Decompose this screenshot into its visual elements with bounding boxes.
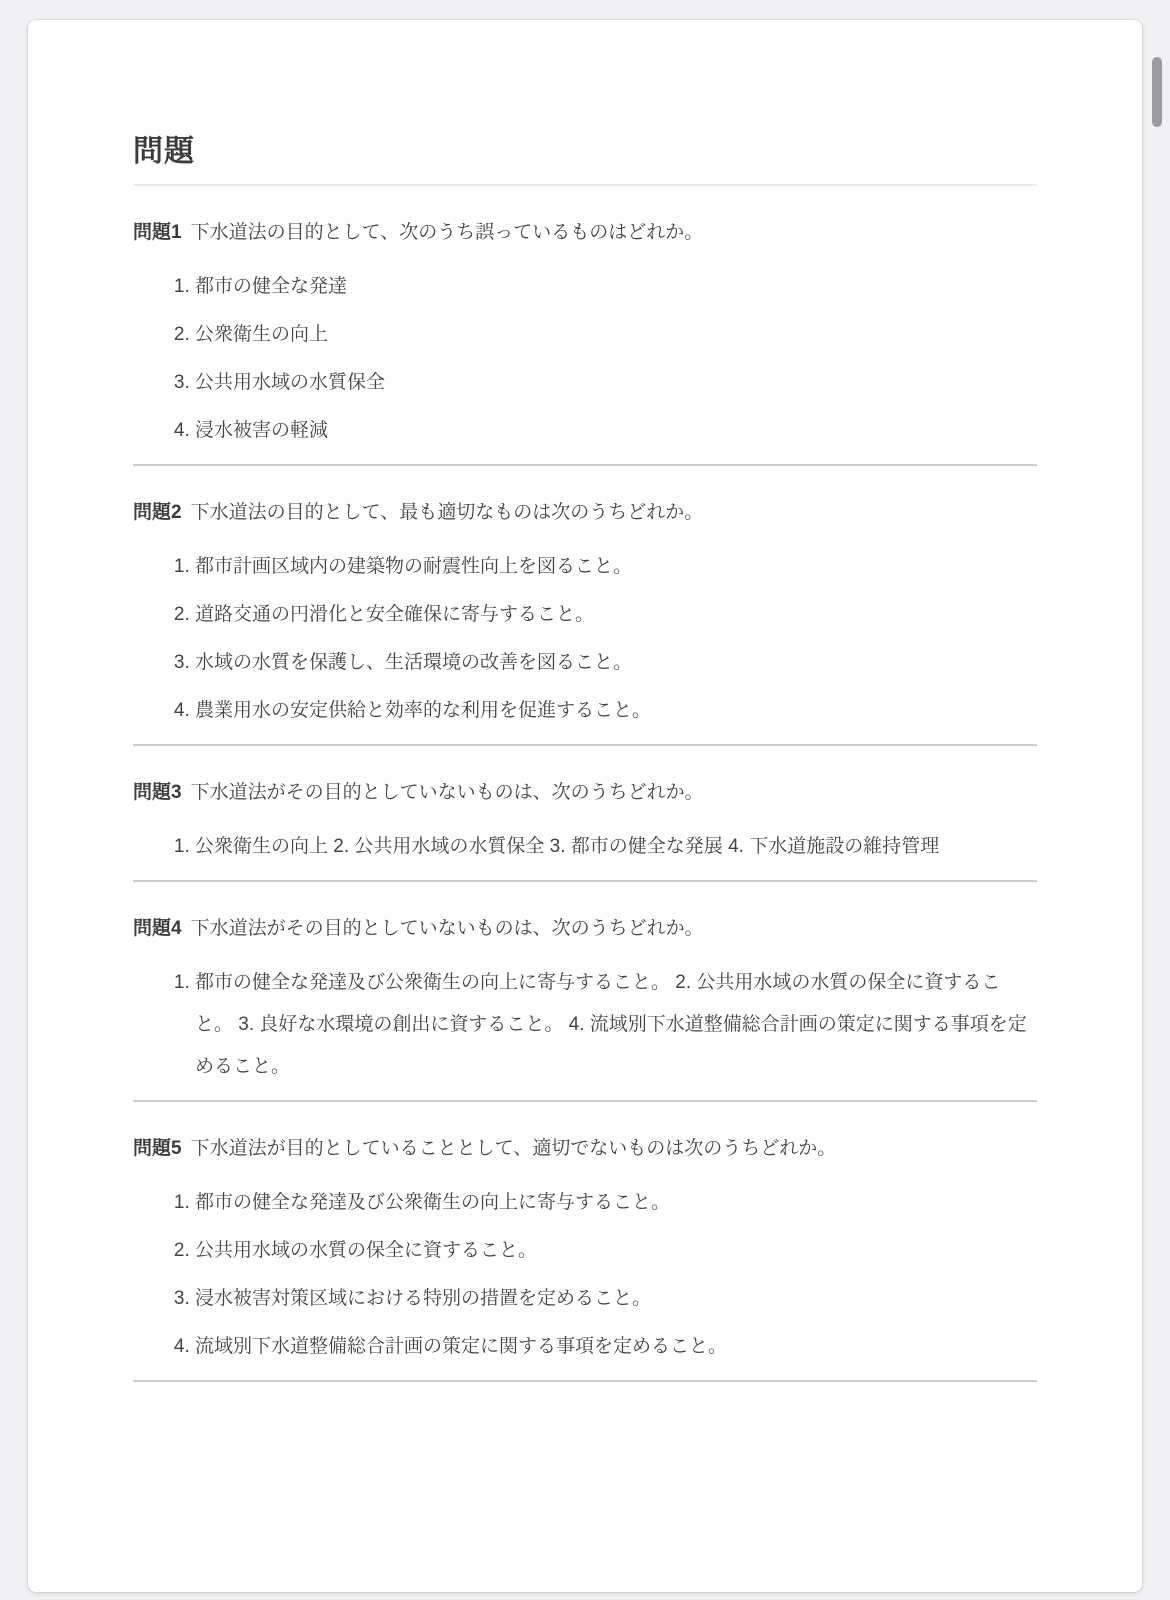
option-item: 流域別下水道整備総合計画の策定に関する事項を定めること。 — [195, 1326, 1037, 1368]
options-list: 都市の健全な発達及び公衆衛生の向上に寄与すること。 2. 公共用水域の水質の保全… — [133, 962, 1037, 1088]
question-section: 問題4下水道法がその目的としていないものは、次のうちどれか。 都市の健全な発達及… — [133, 908, 1037, 1102]
option-item: 農業用水の安定供給と効率的な利用を促進すること。 — [195, 690, 1037, 732]
section-divider — [133, 880, 1037, 882]
question-text: 下水道法がその目的としていないものは、次のうちどれか。 — [191, 782, 704, 803]
scrollbar-thumb[interactable] — [1152, 57, 1162, 127]
question-label: 問題2 — [133, 502, 182, 523]
option-item: 都市の健全な発達及び公衆衛生の向上に寄与すること。 — [195, 1182, 1037, 1224]
question-paragraph: 問題3下水道法がその目的としていないものは、次のうちどれか。 — [133, 772, 1037, 814]
questions-container: 問題1下水道法の目的として、次のうち誤っているものはどれか。 都市の健全な発達公… — [133, 212, 1037, 1382]
question-label: 問題1 — [133, 222, 182, 243]
question-paragraph: 問題2下水道法の目的として、最も適切なものは次のうちどれか。 — [133, 492, 1037, 534]
question-section: 問題1下水道法の目的として、次のうち誤っているものはどれか。 都市の健全な発達公… — [133, 212, 1037, 466]
question-label: 問題4 — [133, 918, 182, 939]
question-label: 問題3 — [133, 782, 182, 803]
section-divider — [133, 464, 1037, 466]
option-item: 浸水被害対策区域における特別の措置を定めること。 — [195, 1278, 1037, 1320]
question-paragraph: 問題1下水道法の目的として、次のうち誤っているものはどれか。 — [133, 212, 1037, 254]
section-divider — [133, 744, 1037, 746]
options-list: 公衆衛生の向上 2. 公共用水域の水質保全 3. 都市の健全な発展 4. 下水道… — [133, 826, 1037, 868]
option-item: 公共用水域の水質の保全に資すること。 — [195, 1230, 1037, 1272]
question-paragraph: 問題4下水道法がその目的としていないものは、次のうちどれか。 — [133, 908, 1037, 950]
section-divider — [133, 1100, 1037, 1102]
question-text: 下水道法がその目的としていないものは、次のうちどれか。 — [191, 918, 704, 939]
question-label: 問題5 — [133, 1138, 182, 1159]
question-paragraph: 問題5下水道法が目的としていることとして、適切でないものは次のうちどれか。 — [133, 1128, 1037, 1170]
section-divider — [133, 1380, 1037, 1382]
option-item: 水域の水質を保護し、生活環境の改善を図ること。 — [195, 642, 1037, 684]
question-section: 問題3下水道法がその目的としていないものは、次のうちどれか。 公衆衛生の向上 2… — [133, 772, 1037, 882]
question-text: 下水道法が目的としていることとして、適切でないものは次のうちどれか。 — [191, 1138, 837, 1159]
options-list: 都市の健全な発達及び公衆衛生の向上に寄与すること。公共用水域の水質の保全に資する… — [133, 1182, 1037, 1368]
question-text: 下水道法の目的として、次のうち誤っているものはどれか。 — [191, 222, 704, 243]
options-list: 都市計画区域内の建築物の耐震性向上を図ること。道路交通の円滑化と安全確保に寄与す… — [133, 546, 1037, 732]
option-item: 道路交通の円滑化と安全確保に寄与すること。 — [195, 594, 1037, 636]
page-title: 問題 — [133, 132, 1037, 186]
options-list: 都市の健全な発達公衆衛生の向上公共用水域の水質保全浸水被害の軽減 — [133, 266, 1037, 452]
option-item: 浸水被害の軽減 — [195, 410, 1037, 452]
document-card: 問題 問題1下水道法の目的として、次のうち誤っているものはどれか。 都市の健全な… — [28, 20, 1142, 1592]
page-background: { "page": { "title": "問題", "background_c… — [0, 0, 1170, 1600]
question-text: 下水道法の目的として、最も適切なものは次のうちどれか。 — [191, 502, 704, 523]
option-item: 都市の健全な発達 — [195, 266, 1037, 308]
option-item: 公共用水域の水質保全 — [195, 362, 1037, 404]
option-item: 都市計画区域内の建築物の耐震性向上を図ること。 — [195, 546, 1037, 588]
option-item: 公衆衛生の向上 — [195, 314, 1037, 356]
option-item: 都市の健全な発達及び公衆衛生の向上に寄与すること。 2. 公共用水域の水質の保全… — [195, 962, 1037, 1088]
question-section: 問題2下水道法の目的として、最も適切なものは次のうちどれか。 都市計画区域内の建… — [133, 492, 1037, 746]
option-item: 公衆衛生の向上 2. 公共用水域の水質保全 3. 都市の健全な発展 4. 下水道… — [195, 826, 1037, 868]
question-section: 問題5下水道法が目的としていることとして、適切でないものは次のうちどれか。 都市… — [133, 1128, 1037, 1382]
